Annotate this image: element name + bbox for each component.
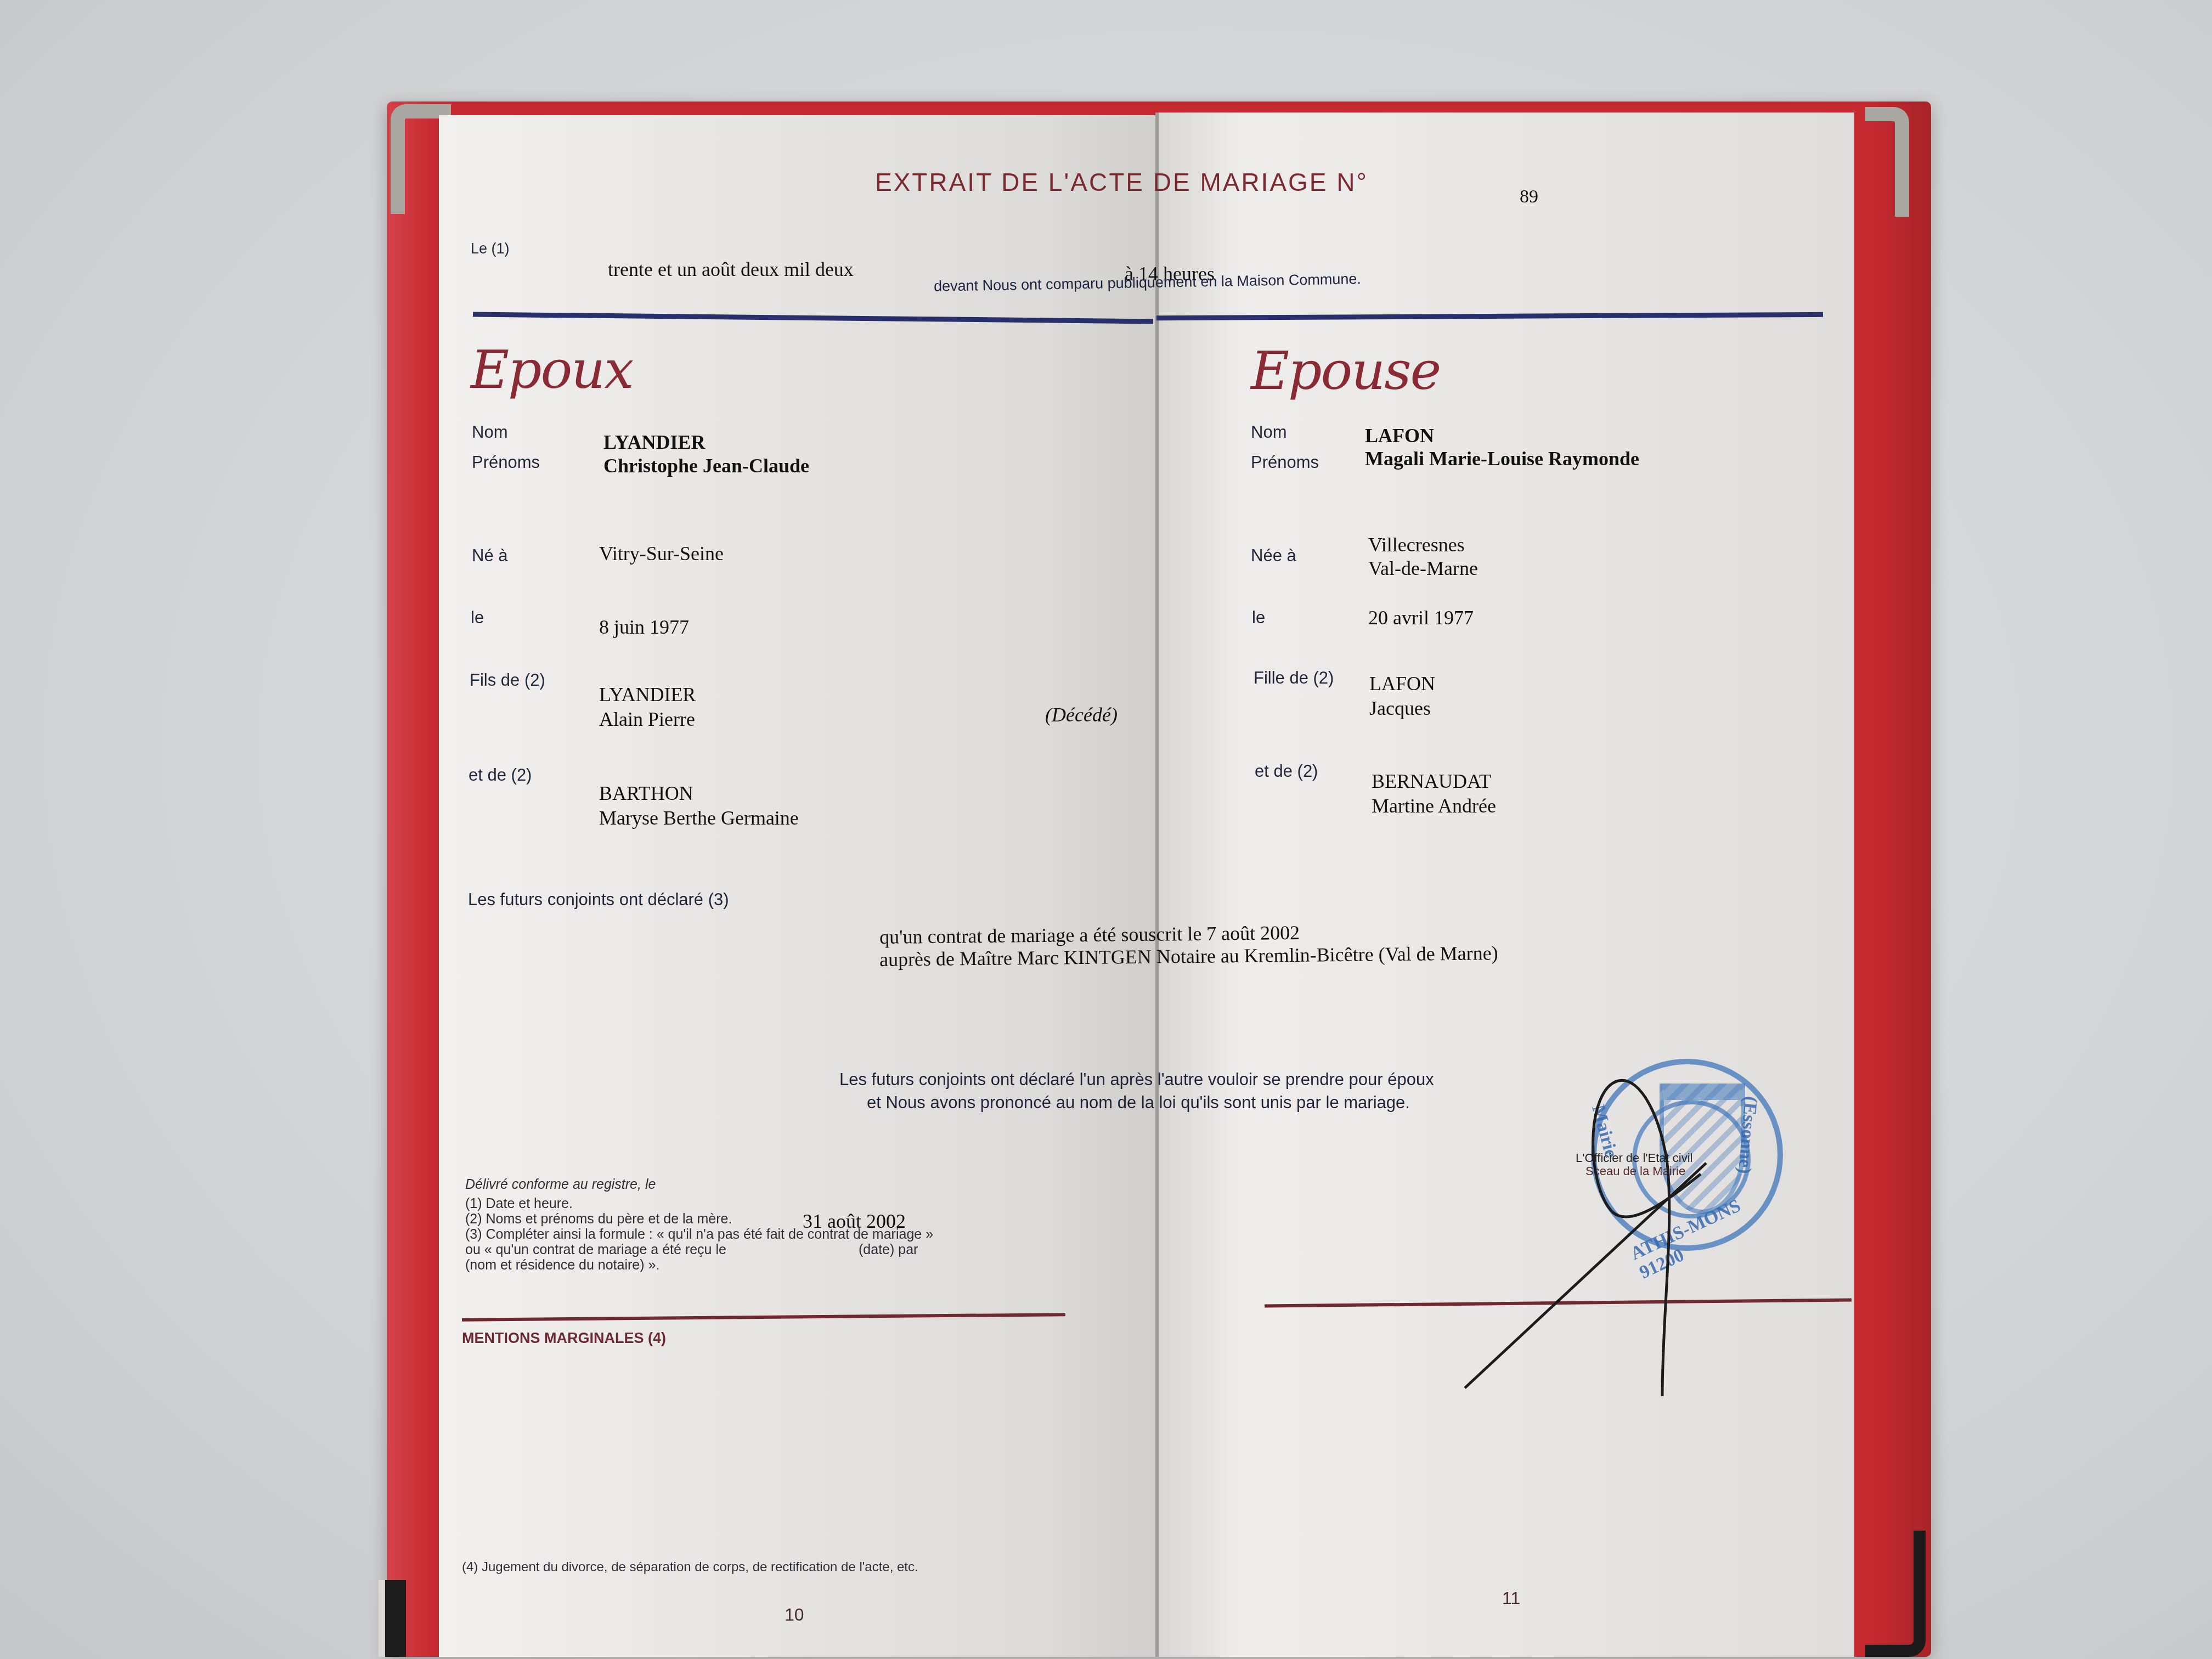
stamp-crest-icon	[1660, 1084, 1745, 1214]
epoux-parent2-label: et de (2)	[469, 765, 532, 785]
marriage-date: trente et un août deux mil deux	[608, 258, 854, 281]
officer-label: L'Officier de l'Etat civil	[1576, 1151, 1692, 1165]
epoux-parent1-nom: LYANDIER	[599, 683, 696, 706]
footnote-3: (3) Compléter ainsi la formule : « qu'il…	[465, 1227, 933, 1243]
epouse-heading: Epouse	[1251, 340, 1440, 402]
metal-corner-bottom-right	[1865, 1531, 1926, 1657]
page-number-right: 11	[1502, 1588, 1520, 1609]
epoux-parent2-nom: BARTHON	[599, 782, 693, 805]
epouse-nom-label: Nom	[1251, 422, 1286, 442]
page-number-left: 10	[785, 1605, 804, 1625]
seal-label: Sceau de la Mairie	[1585, 1164, 1685, 1178]
footnote-3b-date: (date) par	[859, 1242, 918, 1258]
epouse-nee-a-label: Née à	[1251, 546, 1296, 566]
declaration-line1: Les futurs conjoints ont déclaré l'un ap…	[839, 1070, 1434, 1090]
epoux-heading: Epoux	[471, 339, 633, 400]
epoux-parent1-status: (Décédé)	[1045, 703, 1118, 726]
epoux-date-naissance: 8 juin 1977	[599, 616, 689, 639]
epouse-prenoms-label: Prénoms	[1251, 453, 1319, 472]
metal-corner-top-right	[1865, 107, 1909, 217]
date-label: Le (1)	[471, 240, 510, 257]
footnote-4: (4) Jugement du divorce, de séparation d…	[462, 1560, 918, 1575]
document-title: EXTRAIT DE L'ACTE DE MARIAGE N°	[875, 167, 1368, 197]
contrat-label: Les futurs conjoints ont déclaré (3)	[468, 890, 729, 910]
epoux-prenoms-label: Prénoms	[472, 453, 540, 472]
epouse-parent1-label: Fille de (2)	[1254, 668, 1334, 688]
epoux-parent1-prenoms: Alain Pierre	[599, 708, 695, 731]
epouse-nee-a-line2: Val-de-Marne	[1368, 557, 1478, 580]
epoux-nom: LYANDIER	[603, 431, 705, 454]
epoux-ne-a: Vitry-Sur-Seine	[599, 542, 724, 565]
footnote-3b: ou « qu'un contrat de mariage a été reçu…	[465, 1242, 726, 1258]
epouse-date-naissance: 20 avril 1977	[1368, 606, 1474, 629]
acte-number: 89	[1520, 187, 1538, 207]
epouse-le-label: le	[1252, 608, 1265, 628]
epoux-parent2-prenoms: Maryse Berthe Germaine	[599, 806, 799, 830]
epouse-parent1-prenoms: Jacques	[1369, 697, 1431, 720]
epoux-le-label: le	[471, 608, 484, 628]
delivre-label: Délivré conforme au registre, le	[465, 1177, 656, 1193]
epoux-prenoms: Christophe Jean-Claude	[603, 454, 809, 477]
epouse-prenoms: Magali Marie-Louise Raymonde	[1365, 447, 1639, 470]
epouse-nee-a-line1: Villecresnes	[1368, 533, 1465, 556]
mentions-heading: MENTIONS MARGINALES (4)	[462, 1330, 666, 1347]
booklet-spine	[1155, 112, 1159, 1657]
epoux-nom-label: Nom	[472, 422, 507, 442]
epouse-nom: LAFON	[1365, 424, 1434, 447]
epouse-parent2-label: et de (2)	[1255, 761, 1318, 781]
footnote-3c: (nom et résidence du notaire) ».	[465, 1257, 659, 1273]
footnote-2: (2) Noms et prénoms du père et de la mèr…	[465, 1211, 732, 1227]
epouse-parent2-nom: BERNAUDAT	[1372, 770, 1491, 793]
epoux-ne-a-label: Né à	[472, 546, 507, 566]
declaration-line2: et Nous avons prononcé au nom de la loi …	[867, 1093, 1410, 1113]
epouse-parent2-prenoms: Martine Andrée	[1372, 794, 1496, 817]
metal-corner-bottom-left	[379, 1580, 406, 1657]
epouse-parent1-nom: LAFON	[1369, 672, 1435, 695]
epoux-parent1-label: Fils de (2)	[470, 670, 545, 690]
footnote-1: (1) Date et heure.	[465, 1196, 573, 1212]
